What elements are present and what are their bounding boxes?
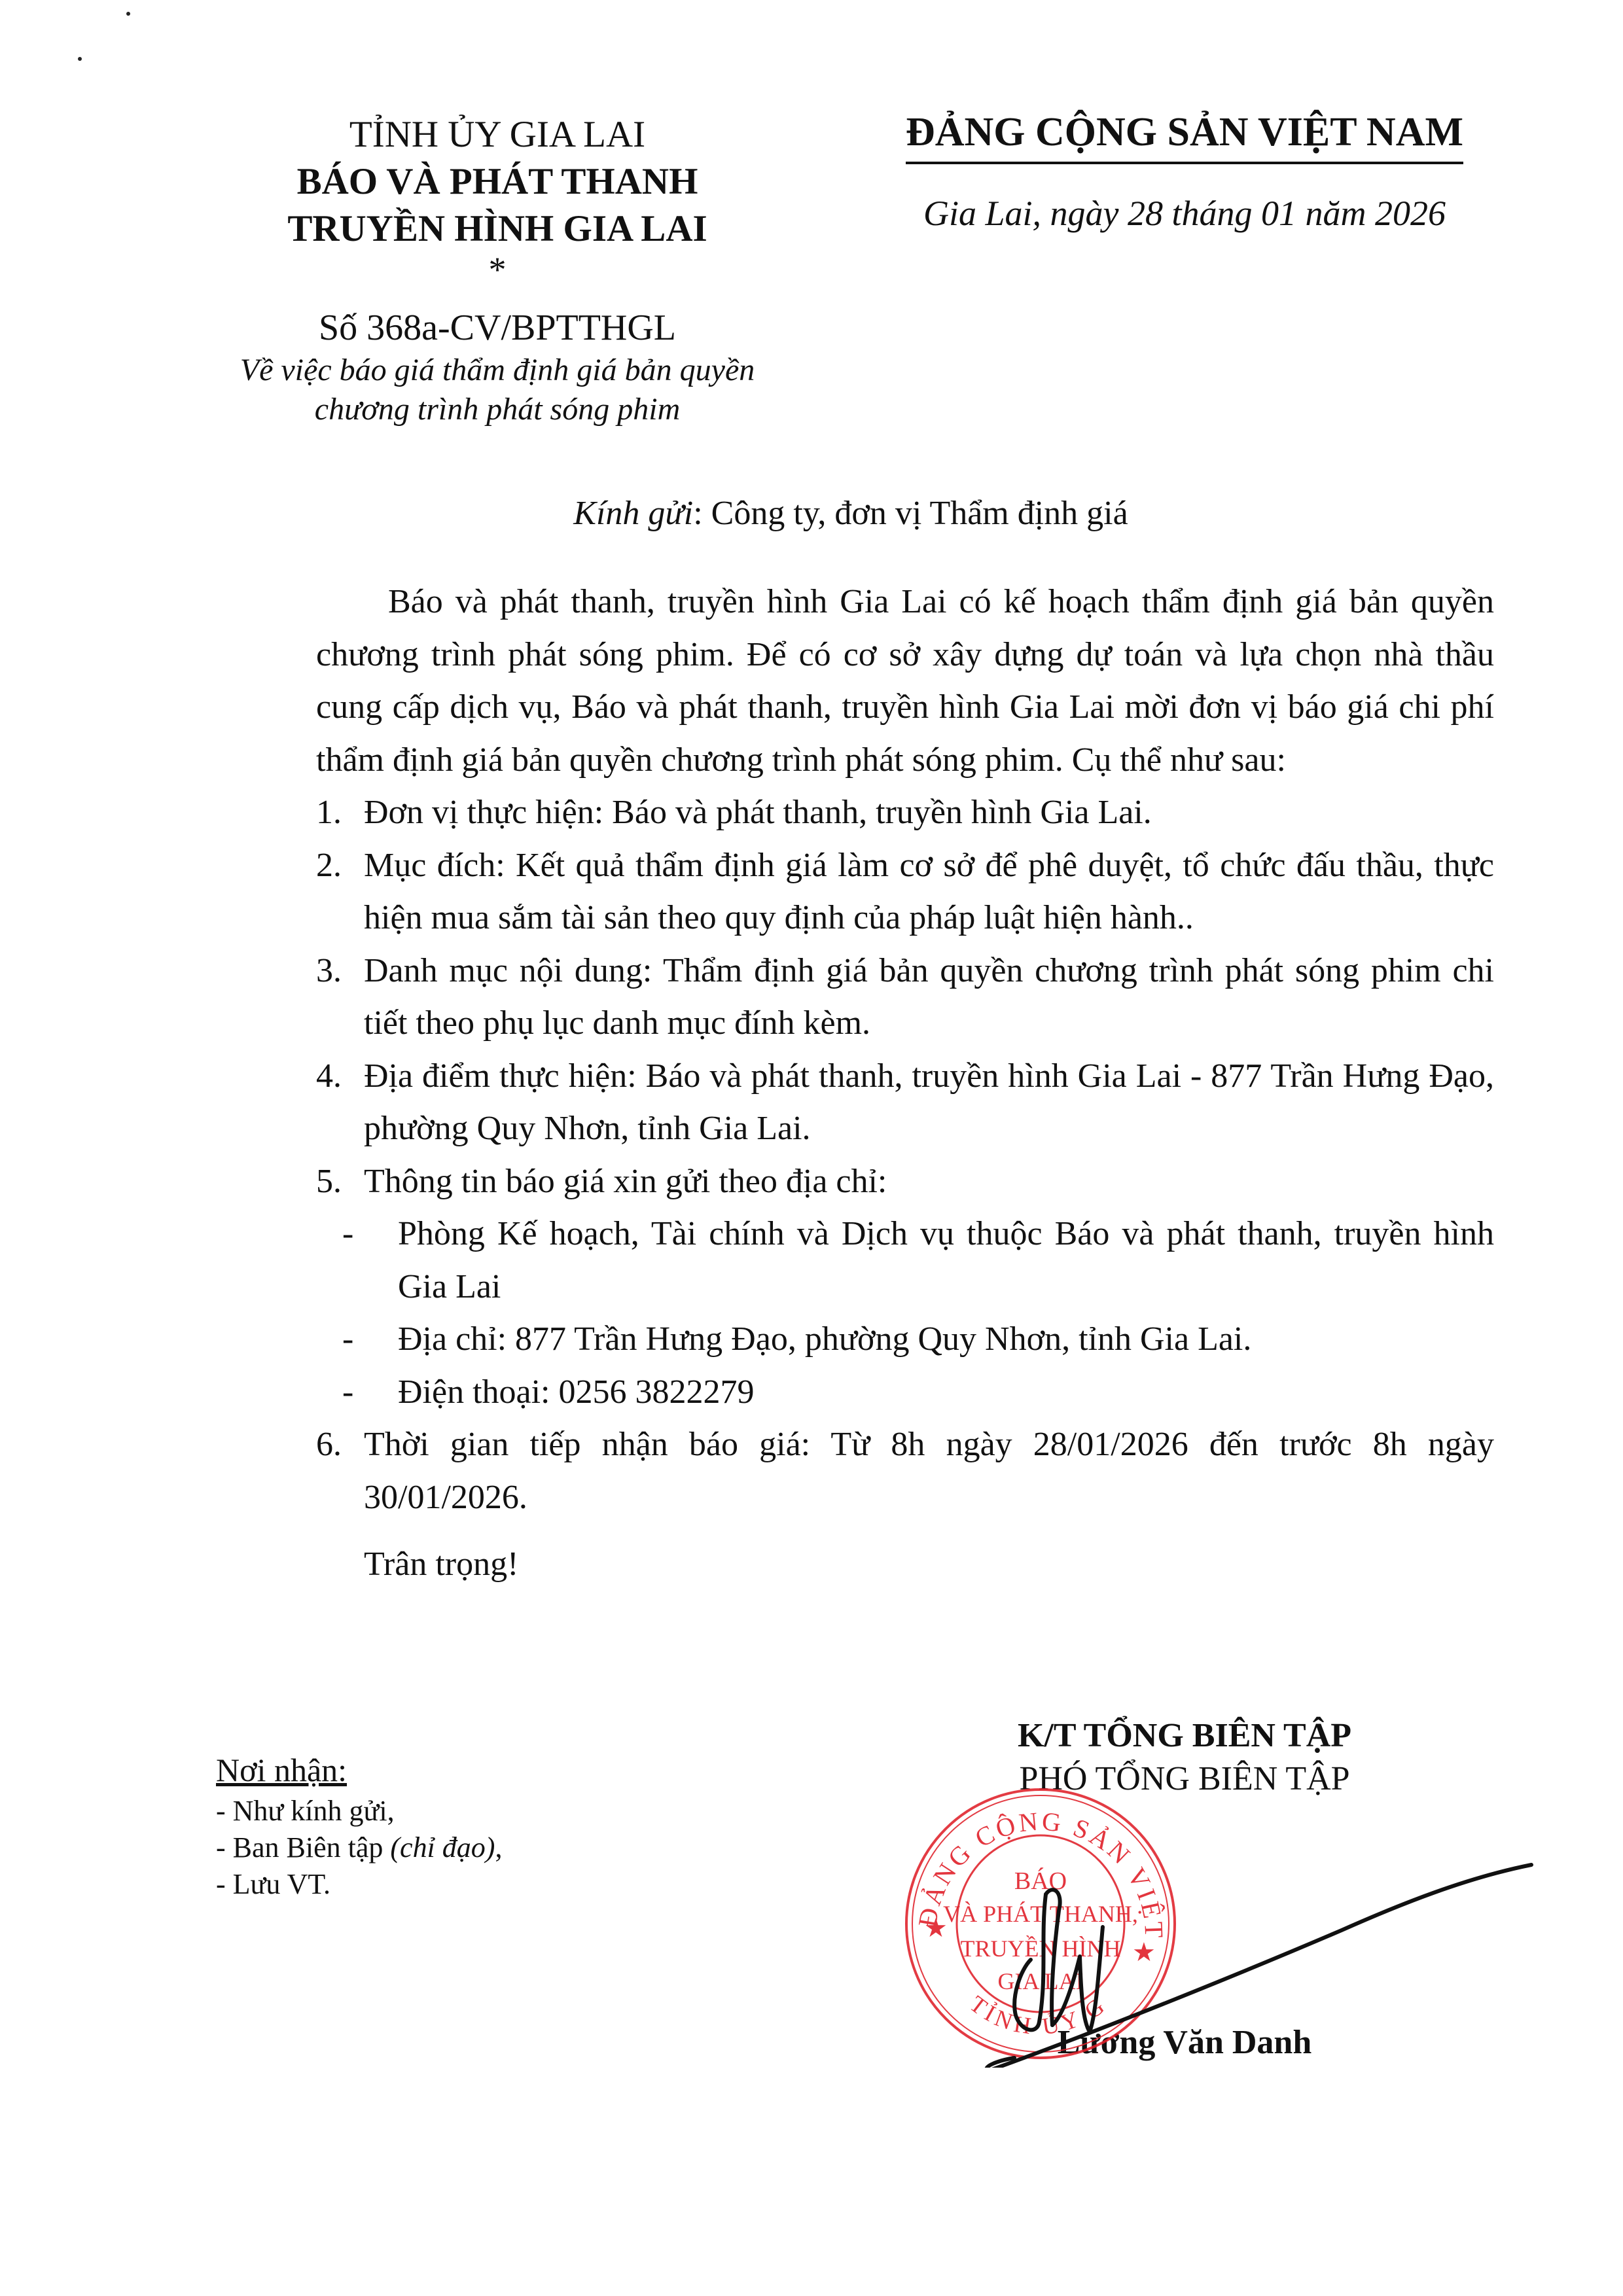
intro-paragraph: Báo và phát thanh, truyền hình Gia Lai c… [316,576,1494,786]
recipient-line: - Như kính gửi, [216,1793,502,1829]
contact-item: -Địa chỉ: 877 Trần Hưng Đạo, phường Quy … [316,1313,1494,1366]
recipients-title: Nơi nhận: [216,1747,502,1793]
star-icon: ★ [924,1913,948,1943]
agency-name-line2: TRUYỀN HÌNH GIA LAI [216,205,779,253]
recipients-block: Nơi nhận: - Như kính gửi, - Ban Biên tập… [216,1747,502,1903]
contact-item: -Điện thoại: 0256 3822279 [316,1366,1494,1419]
addressee: Kính gửi: Công ty, đơn vị Thẩm định giá [0,494,1623,533]
recipient-line: - Ban Biên tập (chỉ đạo), [216,1829,502,1866]
star-separator: * [216,256,779,283]
issuing-agency-header: TỈNH ỦY GIA LAI BÁO VÀ PHÁT THANH TRUYỀN… [216,111,779,429]
subject-line-2: chương trình phát sóng phim [216,390,779,429]
addressee-value: : Công ty, đơn vị Thẩm định giá [693,495,1128,532]
list-item: 2.Mục đích: Kết quả thẩm định giá làm cơ… [316,839,1494,945]
addressee-label: Kính gửi [573,495,693,532]
list-item: 3.Danh mục nội dung: Thẩm định giá bản q… [316,945,1494,1050]
list-item: 1.Đơn vị thực hiện: Báo và phát thanh, t… [316,786,1494,839]
signer-authority: K/T TỔNG BIÊN TẬP [890,1714,1479,1757]
agency-name-line1: BÁO VÀ PHÁT THANH [216,158,779,205]
party-title: ĐẢNG CỘNG SẢN VIỆT NAM [906,108,1463,164]
scan-speck [78,57,82,61]
numbered-list: 1.Đơn vị thực hiện: Báo và phát thanh, t… [316,786,1494,1524]
letter-body: Báo và phát thanh, truyền hình Gia Lai c… [316,576,1494,1591]
list-item: 6.Thời gian tiếp nhận báo giá: Từ 8h ngà… [316,1419,1494,1524]
national-header: ĐẢNG CỘNG SẢN VIỆT NAM Gia Lai, ngày 28 … [864,108,1505,236]
recipient-line: - Lưu VT. [216,1866,502,1903]
scan-speck [126,12,130,16]
contact-list: -Phòng Kế hoạch, Tài chính và Dịch vụ th… [316,1208,1494,1419]
subject-line-1: Về việc báo giá thẩm định giá bản quyền [216,351,779,390]
document-number: Số 368a-CV/BPTTHGL [216,305,779,351]
list-item: 4.Địa điểm thực hiện: Báo và phát thanh,… [316,1050,1494,1156]
place-and-date: Gia Lai, ngày 28 tháng 01 năm 2026 [864,190,1505,236]
contact-item: -Phòng Kế hoạch, Tài chính và Dịch vụ th… [316,1208,1494,1313]
handwritten-signature [975,1806,1538,2068]
closing: Trân trọng! [316,1538,1494,1591]
list-item: 5.Thông tin báo giá xin gửi theo địa chỉ… [316,1156,1494,1419]
parent-agency: TỈNH ỦY GIA LAI [216,111,779,158]
